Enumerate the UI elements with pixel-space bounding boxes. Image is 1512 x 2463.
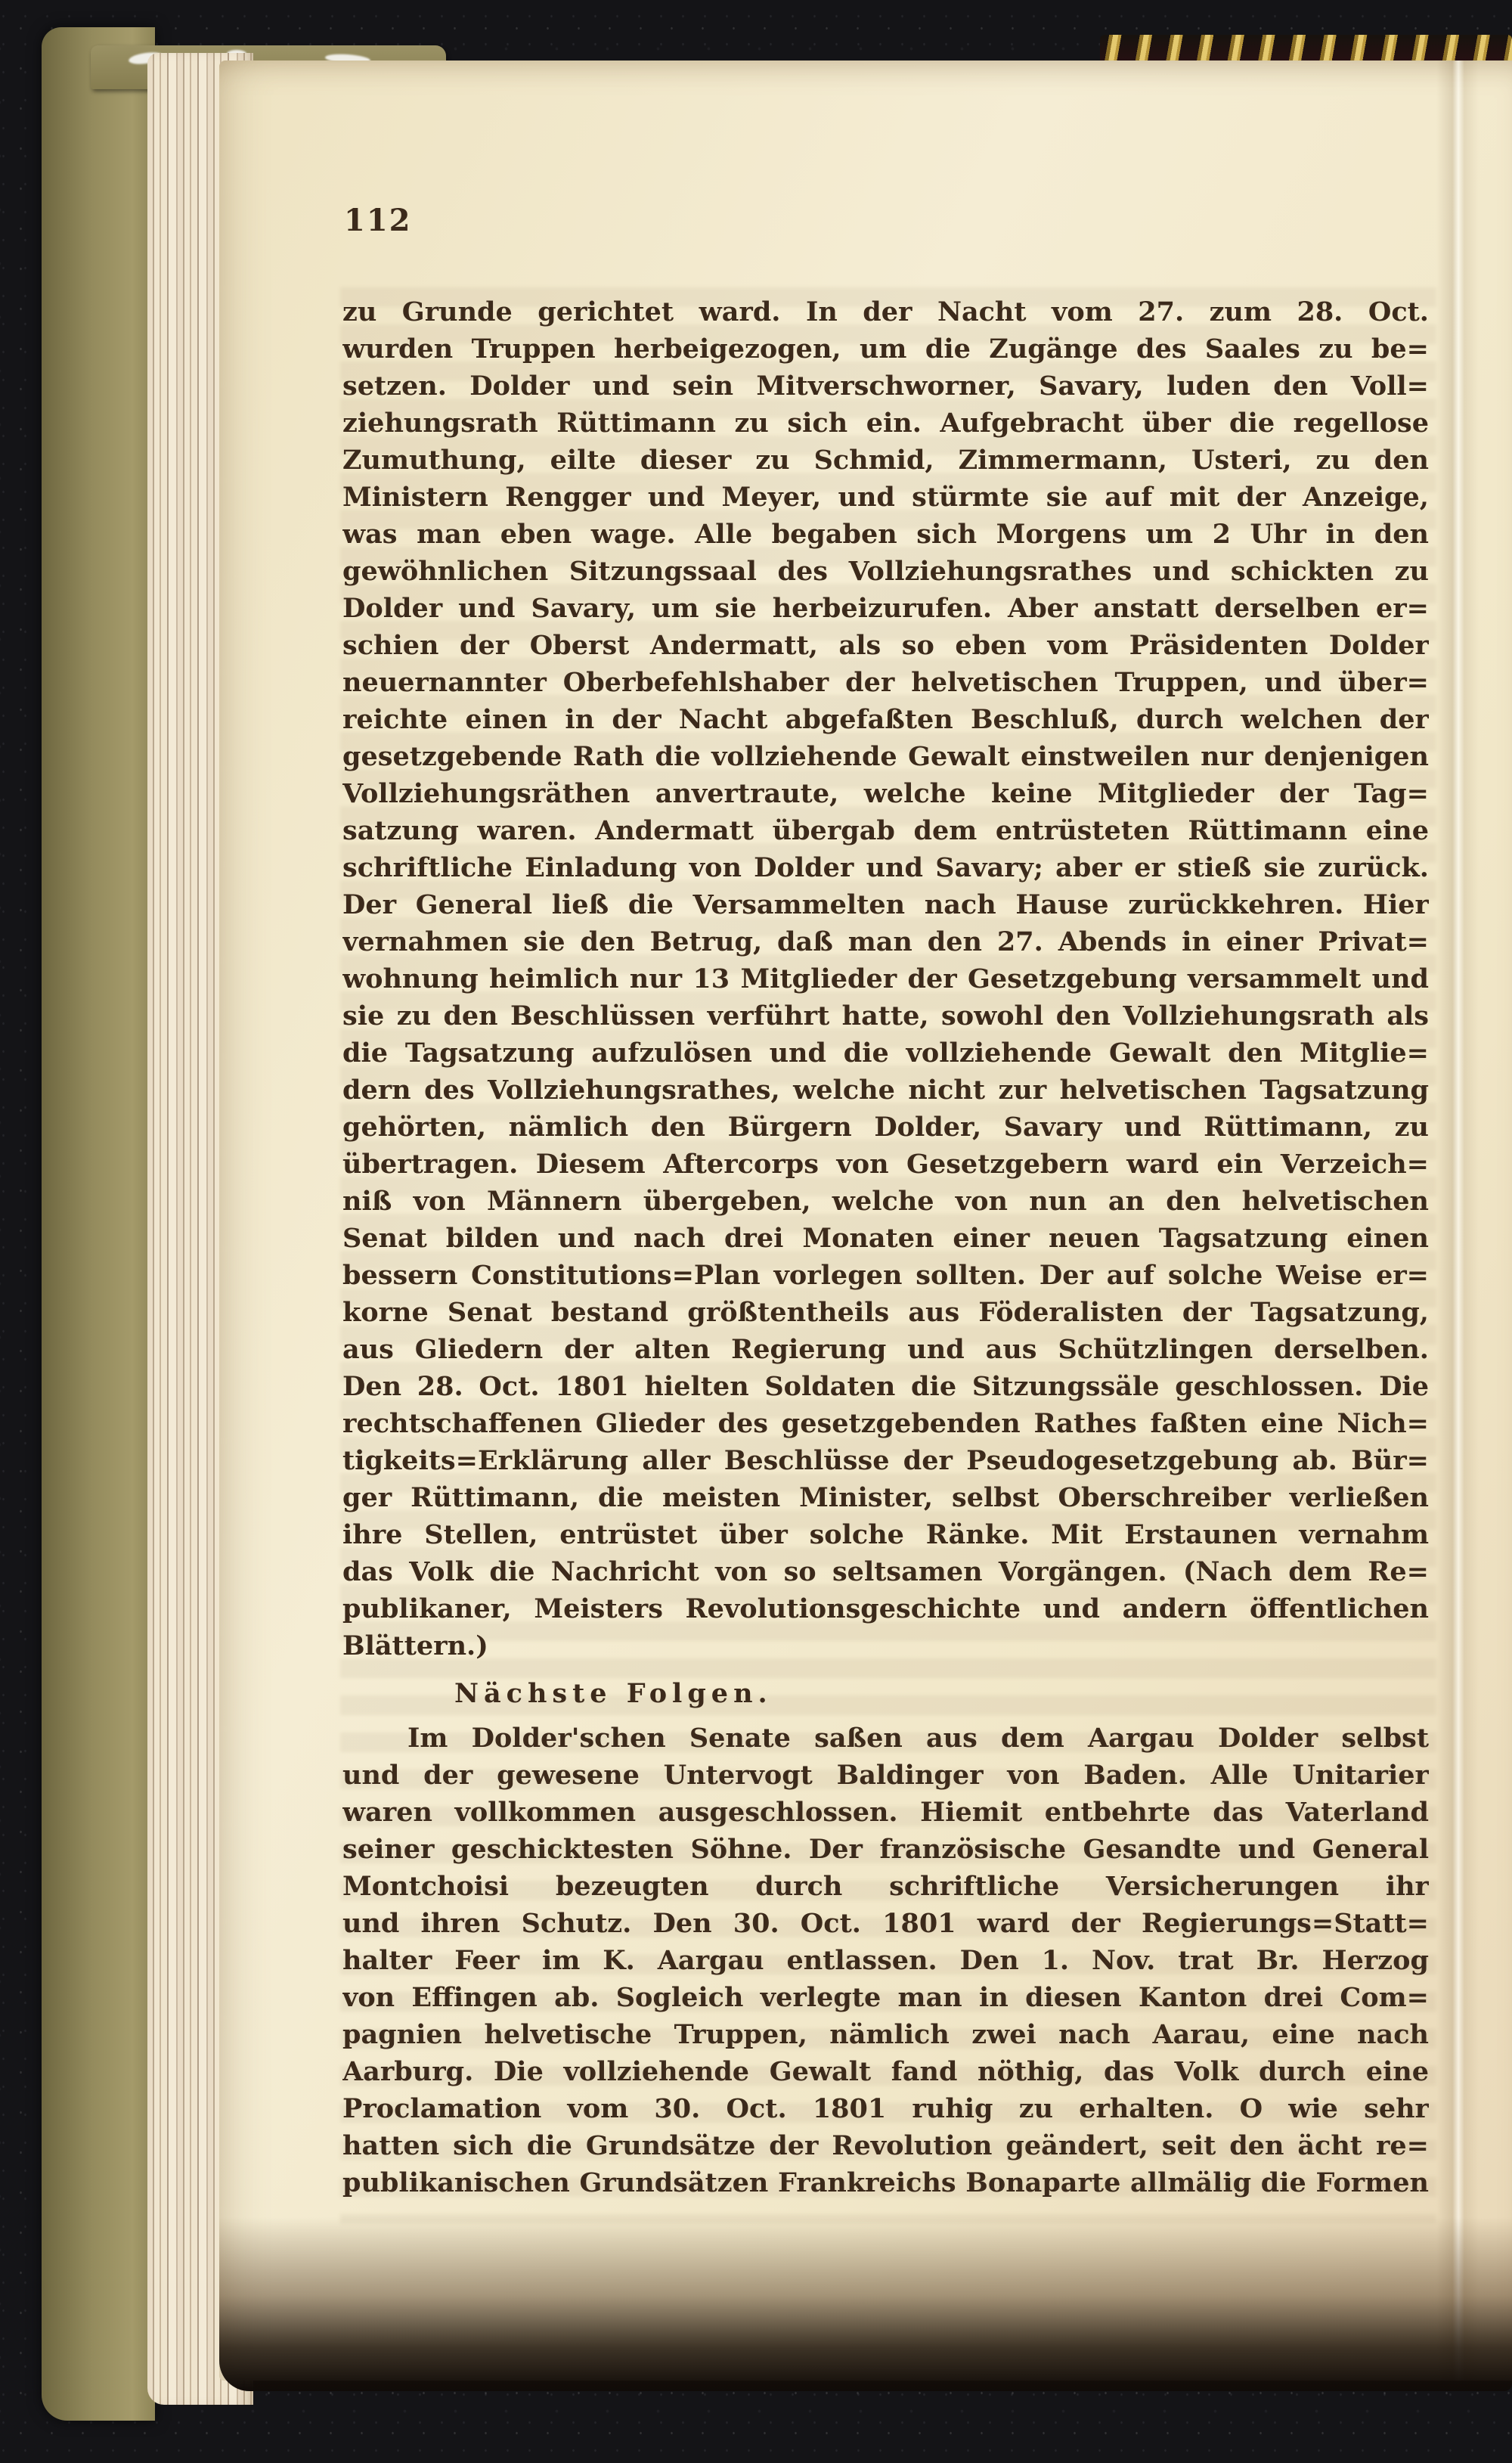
section-heading: Nächste Folgen. bbox=[454, 1675, 1429, 1712]
text-line: Zumuthung, eilte dieser zu Schmid, Zimme… bbox=[342, 442, 1429, 479]
body-text: zu Grunde gerichtet ward. In der Nacht v… bbox=[342, 293, 1429, 2201]
text-line: aus Gliedern der alten Regierung und aus… bbox=[342, 1331, 1429, 1368]
text-line: ihre Stellen, entrüstet über solche Ränk… bbox=[342, 1516, 1429, 1553]
text-line: was man eben wage. Alle begaben sich Mor… bbox=[342, 516, 1429, 553]
text-line: Im Dolder'schen Senate saßen aus dem Aar… bbox=[342, 1720, 1429, 1757]
text-line: Ministern Rengger und Meyer, und stürmte… bbox=[342, 479, 1429, 516]
text-line: ger Rüttimann, die meisten Minister, sel… bbox=[342, 1479, 1429, 1516]
text-line: dern des Vollziehungsrathes, welche nich… bbox=[342, 1072, 1429, 1109]
text-line: waren vollkommen ausgeschlossen. Hiemit … bbox=[342, 1794, 1429, 1831]
text-line: die Tagsatzung aufzulösen und die vollzi… bbox=[342, 1035, 1429, 1072]
text-line: Senat bilden und nach drei Monaten einer… bbox=[342, 1220, 1429, 1257]
text-line: Der General ließ die Versammelten nach H… bbox=[342, 886, 1429, 923]
text-line: und der gewesene Untervogt Baldinger von… bbox=[342, 1757, 1429, 1794]
text-line: schriftliche Einladung von Dolder und Sa… bbox=[342, 849, 1429, 886]
paragraph-naechste-folgen: Im Dolder'schen Senate saßen aus dem Aar… bbox=[342, 1720, 1429, 2201]
text-line: seiner geschicktesten Söhne. Der französ… bbox=[342, 1831, 1429, 1868]
book-scan-scene: 112 zu Grunde gerichtet ward. In der Nac… bbox=[0, 0, 1512, 2463]
text-line: wohnung heimlich nur 13 Mitglieder der G… bbox=[342, 960, 1429, 997]
text-line: Montchoisi bezeugten durch schriftliche … bbox=[342, 1868, 1429, 1905]
text-line: niß von Männern übergeben, welche von nu… bbox=[342, 1183, 1429, 1220]
text-line: wurden Truppen herbeigezogen, um die Zug… bbox=[342, 330, 1429, 368]
text-line: satzung waren. Andermatt übergab dem ent… bbox=[342, 812, 1429, 849]
text-line: halter Feer im K. Aargau entlassen. Den … bbox=[342, 1942, 1429, 1979]
text-line: sie zu den Beschlüssen verführt hatte, s… bbox=[342, 997, 1429, 1035]
text-line: publikanischen Grundsätzen Frankreichs B… bbox=[342, 2164, 1429, 2201]
paragraph-continuation: zu Grunde gerichtet ward. In der Nacht v… bbox=[342, 293, 1429, 1664]
text-line: Den 28. Oct. 1801 hielten Soldaten die S… bbox=[342, 1368, 1429, 1405]
text-line: gewöhnlichen Sitzungssaal des Vollziehun… bbox=[342, 553, 1429, 590]
text-line: Aarburg. Die vollziehende Gewalt fand nö… bbox=[342, 2053, 1429, 2090]
text-line: zu Grunde gerichtet ward. In der Nacht v… bbox=[342, 293, 1429, 330]
text-line: von Effingen ab. Sogleich verlegte man i… bbox=[342, 1979, 1429, 2016]
text-line: bessern Constitutions=Plan vorlegen soll… bbox=[342, 1257, 1429, 1294]
text-line: pagnien helvetische Truppen, nämlich zwe… bbox=[342, 2016, 1429, 2053]
text-line: gesetzgebende Rath die vollziehende Gewa… bbox=[342, 738, 1429, 775]
text-line: Proclamation vom 30. Oct. 1801 ruhig zu … bbox=[342, 2090, 1429, 2127]
text-line: hatten sich die Grundsätze der Revolutio… bbox=[342, 2127, 1429, 2164]
page-bottom-shadow bbox=[219, 2217, 1512, 2391]
text-line: gehörten, nämlich den Bürgern Dolder, Sa… bbox=[342, 1109, 1429, 1146]
text-line: und ihren Schutz. Den 30. Oct. 1801 ward… bbox=[342, 1905, 1429, 1942]
text-line: Vollziehungsräthen anvertraute, welche k… bbox=[342, 775, 1429, 812]
text-line: tigkeits=Erklärung aller Beschlüsse der … bbox=[342, 1442, 1429, 1479]
text-line: Blättern.) bbox=[342, 1627, 1429, 1664]
book-cover-edge bbox=[42, 27, 155, 2421]
page-number: 112 bbox=[344, 203, 412, 238]
book-page: 112 zu Grunde gerichtet ward. In der Nac… bbox=[219, 60, 1512, 2381]
text-line: neuernannter Oberbefehlshaber der helvet… bbox=[342, 664, 1429, 701]
text-line: das Volk die Nachricht von so seltsamen … bbox=[342, 1553, 1429, 1590]
text-line: vernahmen sie den Betrug, daß man den 27… bbox=[342, 923, 1429, 960]
text-line: schien der Oberst Andermatt, als so eben… bbox=[342, 627, 1429, 664]
text-line: korne Senat bestand größtentheils aus Fö… bbox=[342, 1294, 1429, 1331]
text-line: Dolder und Savary, um sie herbeizurufen.… bbox=[342, 590, 1429, 627]
text-line: reichte einen in der Nacht abgefaßten Be… bbox=[342, 701, 1429, 738]
text-line: ziehungsrath Rüttimann zu sich ein. Aufg… bbox=[342, 405, 1429, 442]
text-line: übertragen. Diesem Aftercorps von Gesetz… bbox=[342, 1146, 1429, 1183]
text-line: publikaner, Meisters Revolutionsgeschich… bbox=[342, 1590, 1429, 1627]
page-fold-crease bbox=[1436, 60, 1479, 2381]
text-line: rechtschaffenen Glieder des gesetzgebend… bbox=[342, 1405, 1429, 1442]
text-line: setzen. Dolder und sein Mitverschworner,… bbox=[342, 368, 1429, 405]
